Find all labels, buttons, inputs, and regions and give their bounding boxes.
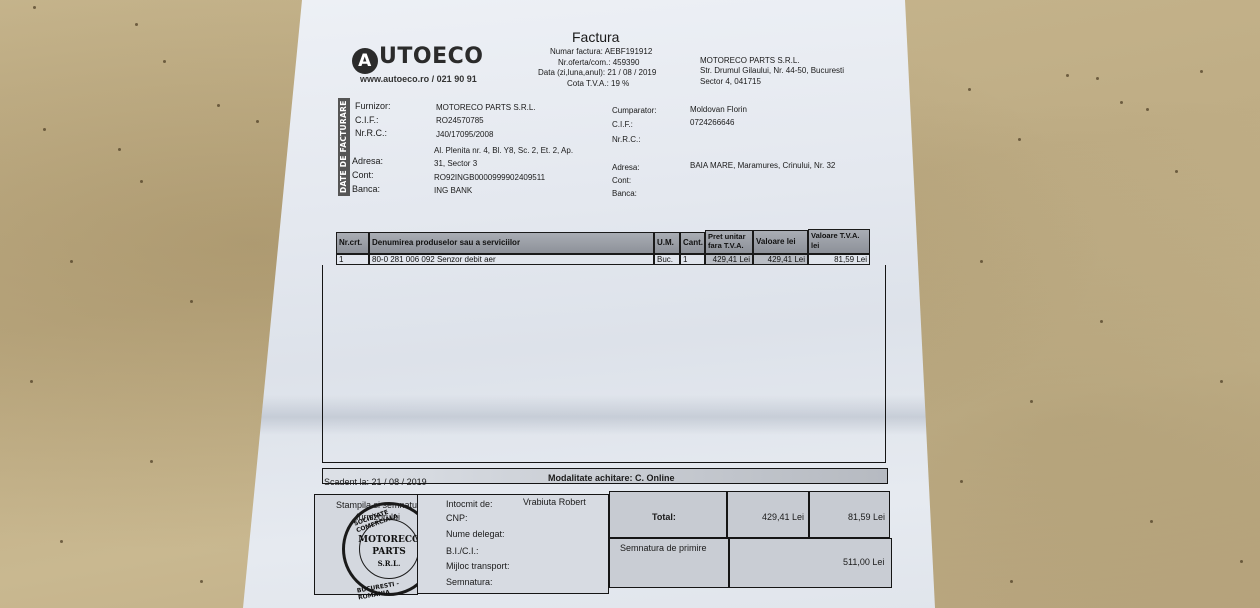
billing-section-label: DATE DE FACTURARE [338,98,350,196]
col-vat-value: Valoare T.V.A. lei [808,229,870,254]
supplier-bank: ING BANK [434,186,472,195]
row-unit-price: 429,41 Lei [705,254,753,265]
col-value: Valoare lei [753,230,808,254]
autoeco-logo: AUTOECO [352,44,483,74]
vat-rate: Cota T.V.A.: 19 % [567,79,629,88]
id-label: B.I./C.I.: [446,546,479,556]
row-um: Buc. [654,254,680,265]
buyer-name: Moldovan Florin [690,105,747,114]
supplier-cif: RO24570785 [436,116,484,125]
supplier-rc: J40/17095/2008 [436,130,493,139]
buyer-cif-label: C.I.F.: [612,120,633,129]
buyer-bank-label: Banca: [612,189,637,198]
company-address-1: Str. Drumul Gilaului, Nr. 44-50, Bucures… [700,66,844,75]
buyer-account-label: Cont: [612,176,631,185]
delegate-label: Nume delegat: [446,529,505,539]
invoice-title: Factura [572,29,619,45]
col-name: Denumirea produselor sau a serviciilor [369,232,654,254]
items-table-body [322,265,886,463]
supplier-address-label: Adresa: [352,156,383,166]
buyer-address-label: Adresa: [612,163,640,172]
total-vat: 81,59 Lei [848,512,885,522]
supplier-rc-label: Nr.R.C.: [355,128,387,138]
total-value: 429,41 Lei [762,512,804,522]
logo-a-icon: A [352,48,378,74]
cnp-label: CNP: [446,513,468,523]
col-nr: Nr.crt. [336,232,369,254]
supplier-label: Furnizor: [355,101,391,111]
row-name: 80-0 281 006 092 Senzor debit aer [369,254,654,265]
company-address-2: Sector 4, 041715 [700,77,761,86]
row-qty: 1 [680,254,705,265]
col-qty: Cant. [680,232,705,254]
buyer-label: Cumparator: [612,106,656,115]
website-phone: www.autoeco.ro / 021 90 91 [360,74,477,84]
invoice-number: Numar factura: AEBF191912 [550,47,652,56]
row-value: 429,41 Lei [753,254,808,265]
total-label: Total: [652,512,676,522]
company-name: MOTORECO PARTS S.R.L. [700,56,800,65]
logo-text: UTOECO [379,44,483,69]
supplier-address-1: Al. Plenita nr. 4, Bl. Y8, Sc. 2, Et. 2,… [434,146,573,155]
row-nr: 1 [336,254,369,265]
due-date: Scadent la: 21 / 08 / 2019 [324,477,427,487]
invoice-date: Data (zi,luna,anul): 21 / 08 / 2019 [538,68,656,77]
receipt-signature-label: Semnatura de primire [620,543,707,553]
grand-total: 511,00 Lei [843,557,884,567]
row-vat-value: 81,59 Lei [808,254,870,265]
payment-method: Modalitate achitare: C. Online [548,473,675,483]
supplier-account: RO92INGB0000999902409511 [434,173,545,182]
prepared-by-label: Intocmit de: [446,499,493,509]
col-um: U.M. [654,232,680,254]
transport-label: Mijloc transport: [446,561,510,571]
col-unit-price: Pret unitar fara T.V.A. [705,230,753,254]
buyer-address: BAIA MARE, Maramures, Crinului, Nr. 32 [690,161,835,170]
supplier-account-label: Cont: [352,170,374,180]
invoice-paper: AUTOECO www.autoeco.ro / 021 90 91 Factu… [0,0,1260,608]
supplier-address-2: 31, Sector 3 [434,159,477,168]
supplier-cif-label: C.I.F.: [355,115,379,125]
buyer-cif: 0724266646 [690,118,735,127]
supplier-name: MOTORECO PARTS S.R.L. [436,103,536,112]
prepared-by: Vrabiuta Robert [523,497,586,507]
offer-number: Nr.oferta/com.: 459390 [558,58,639,67]
signature-label: Semnatura: [446,577,493,587]
supplier-bank-label: Banca: [352,184,380,194]
buyer-rc-label: Nr.R.C.: [612,135,640,144]
